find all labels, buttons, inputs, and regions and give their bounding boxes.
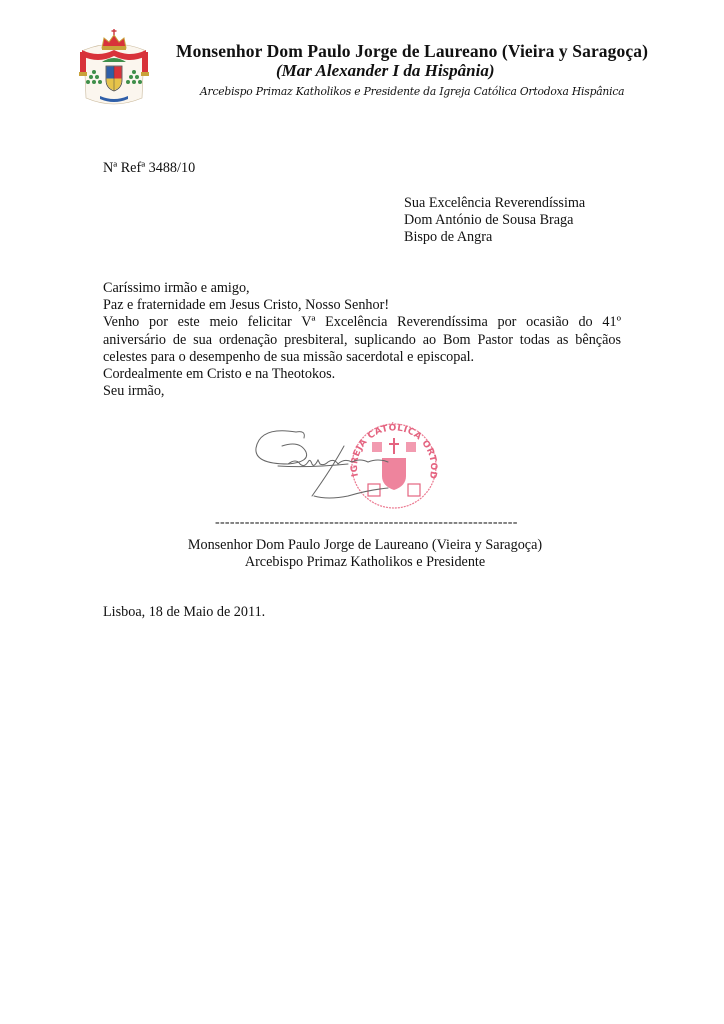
recipient-line: Bispo de Angra (404, 229, 585, 246)
greeting: Caríssimo irmão e amigo, (103, 280, 621, 297)
recipient-line: Sua Excelência Reverendíssima (404, 195, 585, 212)
letterhead-title: (Mar Alexander I da Hispânia) (276, 61, 495, 81)
letter-page: { "letterhead": { "coat_of_arms_icon": "… (0, 0, 724, 1024)
signature-line: ----------------------------------------… (215, 515, 518, 531)
salutation: Paz e fraternidade em Jesus Cristo, Noss… (103, 297, 621, 314)
recipient-line: Dom António de Sousa Braga (404, 212, 585, 229)
closing: Cordealmente em Cristo e na Theotokos. (103, 366, 621, 383)
letterhead-name: Monsenhor Dom Paulo Jorge de Laureano (V… (176, 41, 648, 62)
paragraph-line: celestes para o desempenho de sua missão… (103, 349, 621, 366)
paragraph-line: aniversário de sua ordenação presbiteral… (103, 332, 621, 349)
letter-date: Lisboa, 18 de Maio de 2011. (103, 604, 265, 621)
reference-number: Nª Refª 3488/10 (103, 160, 195, 177)
paragraph-line: Venho por este meio felicitar Vª Excelên… (103, 314, 621, 331)
letter-body: Caríssimo irmão e amigo, Paz e fraternid… (103, 280, 621, 400)
signatory-title: Arcebispo Primaz Katholikos e Presidente (0, 554, 724, 571)
recipient-address: Sua Excelência Reverendíssima Dom Antóni… (404, 195, 585, 247)
signatory-name: Monsenhor Dom Paulo Jorge de Laureano (V… (0, 537, 724, 554)
letterhead-subtitle: Arcebispo Primaz Katholikos e Presidente… (200, 84, 624, 98)
sign-off: Seu irmão, (103, 383, 621, 400)
signature-with-seal: IGREJA CATÓLICA ORTODOXA HISPÂNICA (248, 418, 448, 518)
coat-of-arms-icon (78, 28, 150, 112)
